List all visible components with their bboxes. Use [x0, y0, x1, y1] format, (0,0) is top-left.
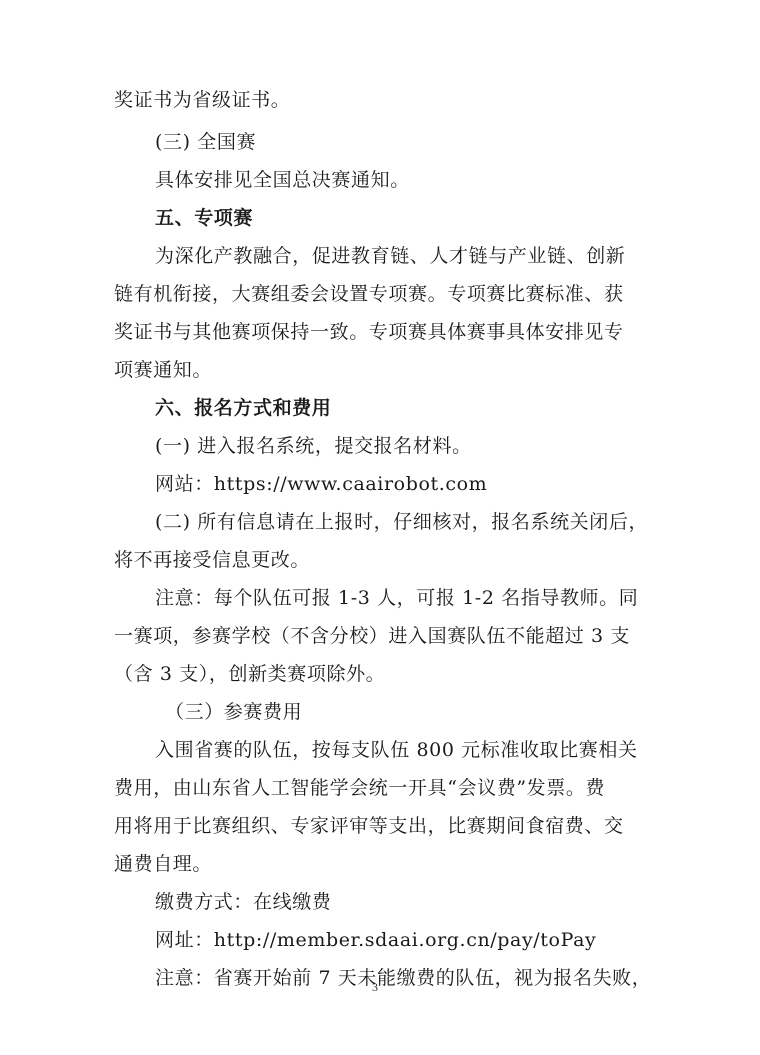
paragraph-line: 注意：省赛开始前 7 天未能缴费的队伍，视为报名失败，	[155, 966, 651, 990]
paragraph-line: 项赛通知。	[114, 358, 212, 382]
section-heading-registration: 六、报名方式和费用	[155, 396, 331, 420]
paragraph-line: 将不再接受信息更改。	[114, 548, 310, 572]
section-heading-special: 五、专项赛	[155, 206, 253, 230]
subsection-heading-fees: （三）参赛费用	[165, 700, 302, 724]
website-link-line[interactable]: 网站：https://www.caairobot.com	[155, 472, 487, 496]
paragraph-line: 注意：每个队伍可报 1-3 人，可报 1-2 名指导教师。同	[155, 586, 638, 610]
payment-link-line[interactable]: 网址：http://member.sdaai.org.cn/pay/toPay	[155, 928, 596, 952]
subsection-heading-national: (三) 全国赛	[155, 130, 256, 154]
paragraph-line: 具体安排见全国总决赛通知。	[155, 168, 410, 192]
paragraph-line: 缴费方式：在线缴费	[155, 890, 331, 914]
paragraph-line: 用将用于比赛组织、专家评审等支出，比赛期间食宿费、交	[114, 814, 624, 838]
paragraph-line: 链有机衔接，大赛组委会设置专项赛。专项赛比赛标准、获	[114, 282, 624, 306]
paragraph-line: 为深化产教融合，促进教育链、人才链与产业链、创新	[155, 244, 625, 268]
paragraph-line: 入围省赛的队伍，按每支队伍 800 元标准收取比赛相关	[155, 738, 638, 762]
paragraph-line: (二) 所有信息请在上报时，仔细核对，报名系统关闭后，	[155, 510, 648, 534]
page-number: 3	[372, 980, 378, 995]
paragraph-line: 费用，由山东省人工智能学会统一开具“会议费”发票。费	[114, 776, 605, 800]
paragraph-line: (一) 进入报名系统，提交报名材料。	[155, 434, 472, 458]
paragraph-line: （含 3 支），创新类赛项除外。	[114, 662, 385, 686]
paragraph-line: 奖证书与其他赛项保持一致。专项赛具体赛事具体安排见专	[114, 320, 624, 344]
paragraph-line: 通费自理。	[114, 852, 212, 876]
paragraph-line: 奖证书为省级证书。	[114, 88, 290, 112]
document-page: 奖证书为省级证书。 (三) 全国赛 具体安排见全国总决赛通知。 五、专项赛 为深…	[0, 0, 760, 1055]
paragraph-line: 一赛项，参赛学校（不含分校）进入国赛队伍不能超过 3 支	[114, 624, 630, 648]
